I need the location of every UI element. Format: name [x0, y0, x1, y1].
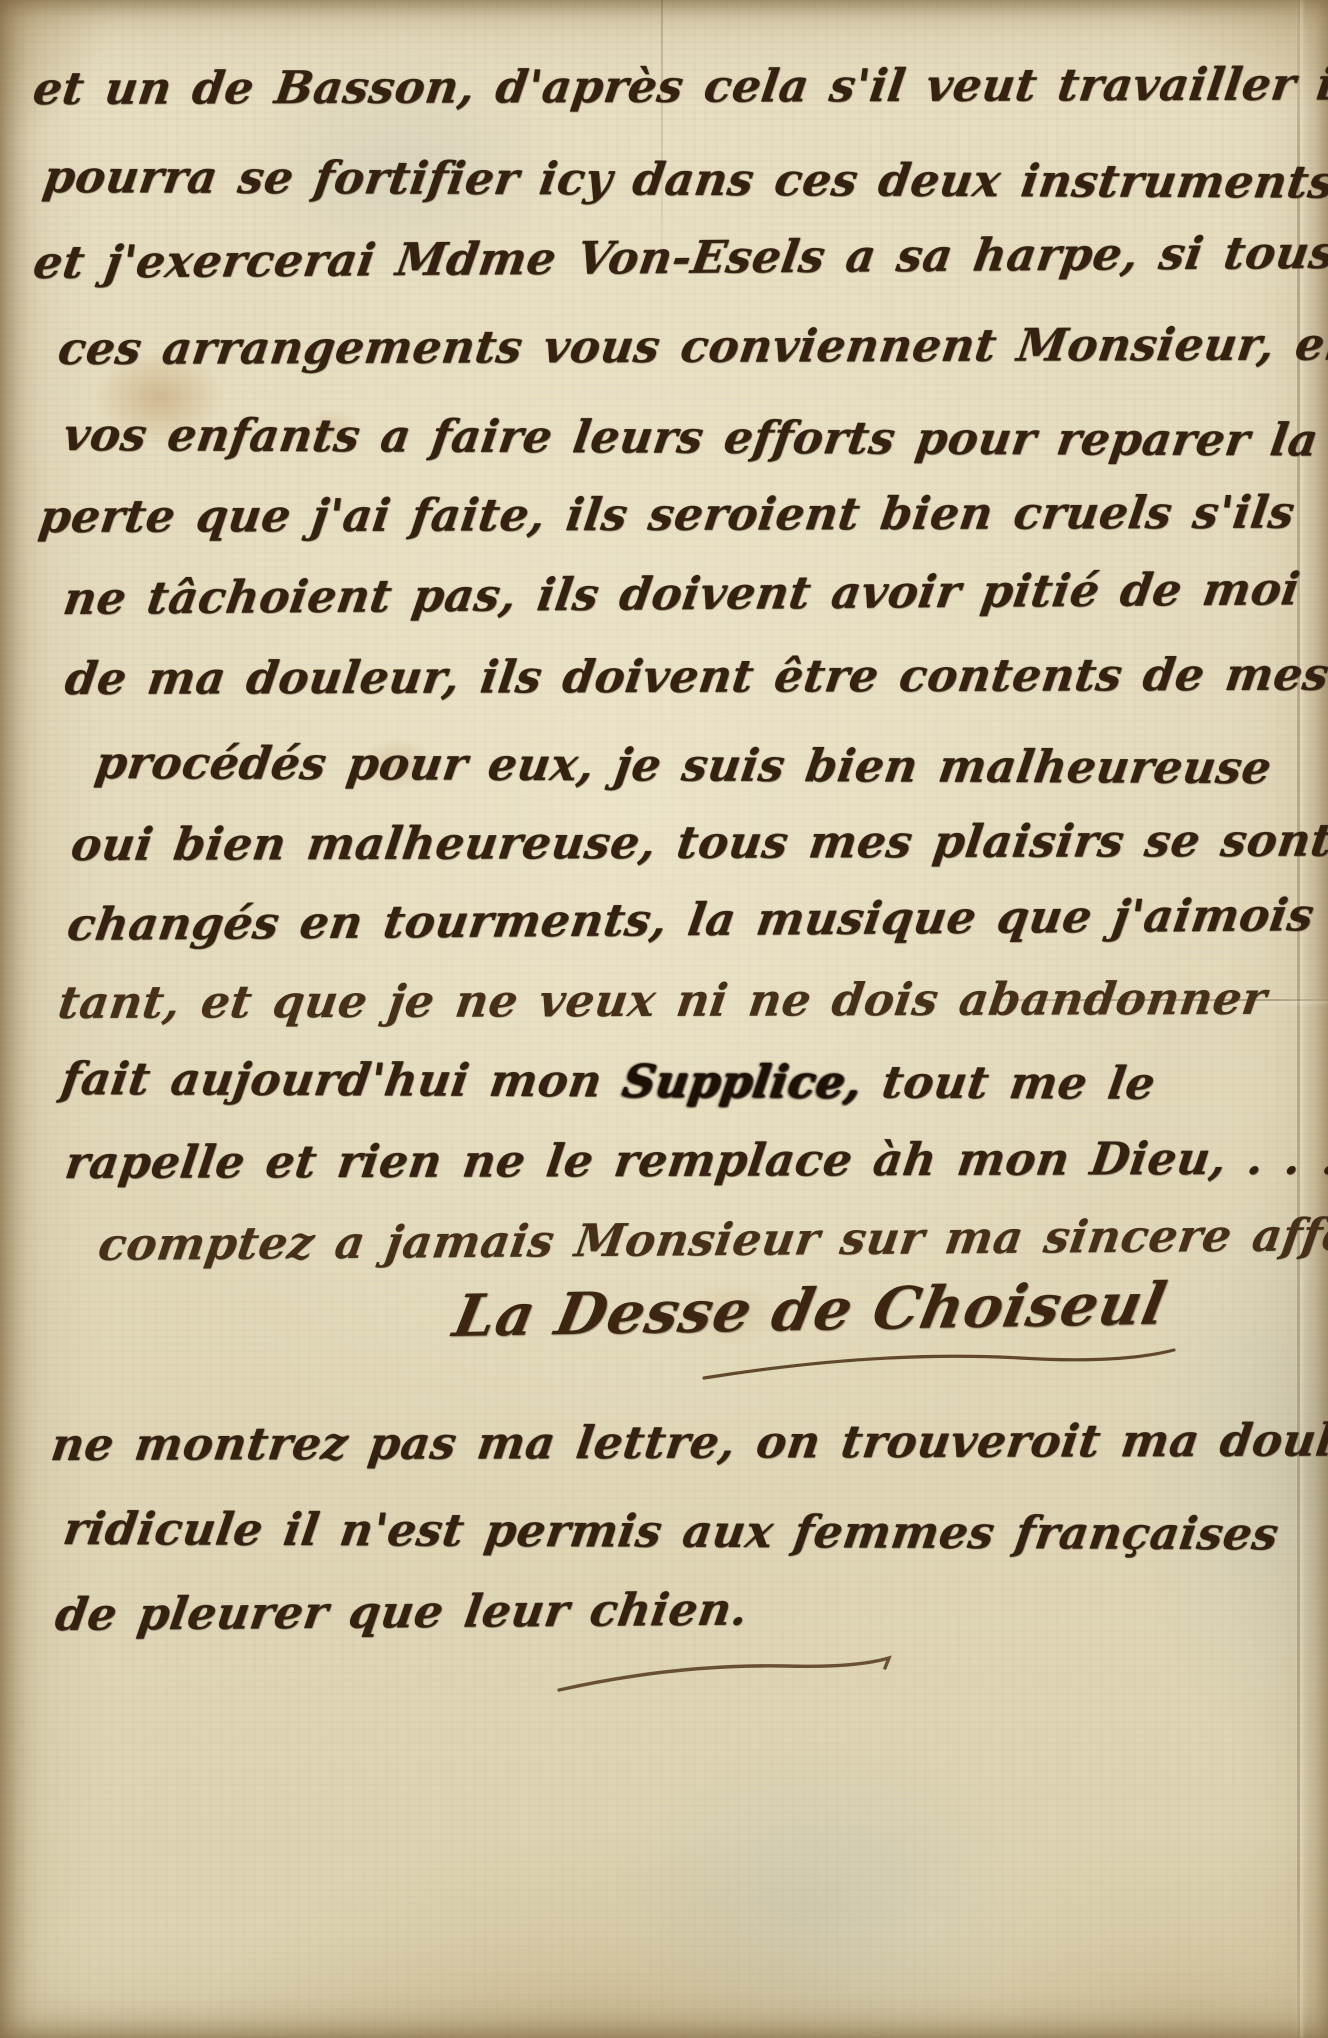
letter-line: fait aujourd'hui mon Supplice, tout me l…	[58, 1052, 1159, 1110]
letter-line: tant, et que je ne veux ni ne dois aband…	[55, 972, 1270, 1029]
letter-line: ne tâchoient pas, ils doivent avoir piti…	[60, 562, 1303, 625]
letter-line: vos enfants a faire leurs efforts pour r…	[60, 408, 1322, 466]
letter-line: de ma douleur, ils doivent être contents…	[62, 648, 1328, 705]
signature: La Desse de Choiseul	[448, 1270, 1172, 1350]
line-13-post: tout me le	[858, 1055, 1159, 1109]
postscript-line: ne montrez pas ma lettre, on trouveroit …	[48, 1413, 1328, 1471]
postscript-flourish	[555, 1650, 895, 1696]
letter-line: pourra se fortifier icy dans ces deux in…	[40, 150, 1328, 209]
postscript-line: de pleurer que leur chien.	[52, 1583, 752, 1641]
letter-line: et j'exercerai Mdme Von-Esels a sa harpe…	[30, 226, 1328, 289]
letter-line: et un de Basson, d'après cela s'il veut …	[30, 57, 1328, 115]
letter-line: oui bien malheureuse, tous mes plaisirs …	[68, 814, 1328, 871]
blotted-word: Supplice,	[619, 1054, 865, 1108]
letter-line: changés en tourments, la musique que j'a…	[64, 888, 1318, 951]
line-13-pre: fait aujourd'hui mon	[58, 1052, 627, 1107]
postscript-line: ridicule il n'est permis aux femmes fran…	[60, 1502, 1282, 1560]
letter-line: perte que j'ai faite, ils seroient bien …	[36, 486, 1298, 543]
letter-line: ces arrangements vous conviennent Monsie…	[55, 317, 1328, 375]
vertical-fold-crease	[1297, 0, 1300, 2038]
letter-line: procédés pour eux, je suis bien malheure…	[92, 736, 1275, 794]
letter-line: comptez a jamais Monsieur sur ma sincere…	[95, 1207, 1328, 1271]
letter-line: rapelle et rien ne le remplace àh mon Di…	[62, 1132, 1328, 1189]
signature-flourish	[700, 1340, 1180, 1386]
letter-scan: et un de Basson, d'après cela s'il veut …	[0, 0, 1328, 2038]
